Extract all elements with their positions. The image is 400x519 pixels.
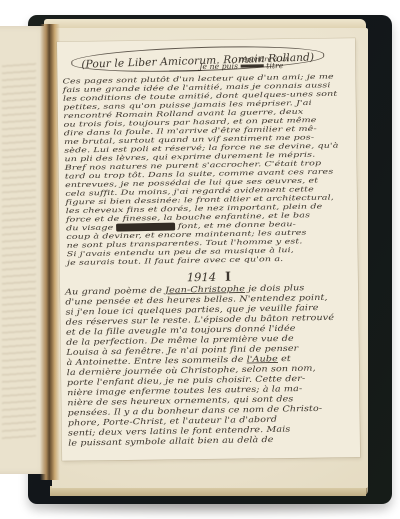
manuscript-leaf: (Pour le Liber Amicorum. Romain Rolland)… — [57, 38, 360, 461]
annotation-insert: répondre à un — [239, 55, 289, 64]
section-numeral: I — [225, 269, 231, 284]
section-number: 1914 — [187, 270, 216, 284]
ghost-text — [2, 60, 36, 440]
paragraph-1: Ces pages sont plutôt d'un lecteur que d… — [62, 72, 359, 267]
book-photo: (Pour le Liber Amicorum. Romain Rolland)… — [0, 0, 400, 519]
paragraph-2: Au grand poème de Jean-Christophe je doi… — [65, 282, 360, 449]
annotation-prefix: Je ne puis — [199, 62, 238, 71]
title-annotation: répondre à un Je ne puis ——— titre — [199, 61, 283, 71]
